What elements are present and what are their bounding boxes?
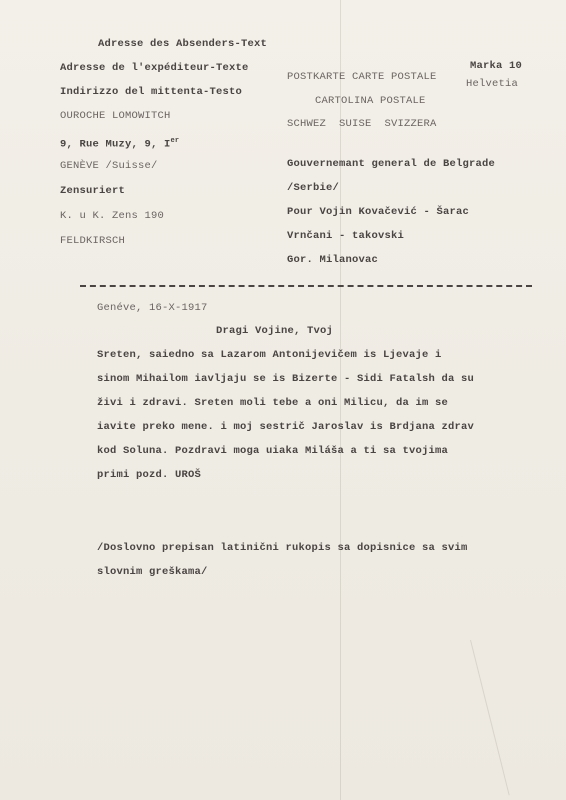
recipient-line5: Gor. Milanovac xyxy=(287,254,378,266)
sender-city: GENÈVE /Suisse/ xyxy=(60,160,158,172)
sender-name: OUROCHE LOMOWITCH xyxy=(60,110,171,122)
letter-salutation: Dragi Vojine, Tvoj xyxy=(216,325,333,337)
censor-number: K. u K. Zens 190 xyxy=(60,210,164,222)
letter-body-line: živi i zdravi. Sreten moli tebe a oni Mi… xyxy=(97,397,448,409)
sender-street: 9, Rue Muzy, 9, Ier xyxy=(60,137,179,151)
censor-label: Zensuriert xyxy=(60,185,125,197)
paper-crease xyxy=(470,640,510,795)
card-country-line: SCHWEZ SUISE SVIZZERA xyxy=(287,118,437,130)
recipient-line2: /Serbie/ xyxy=(287,182,339,194)
dashed-divider xyxy=(80,285,532,287)
document-page: Adresse des Absenders-Text Adresse de l'… xyxy=(0,0,566,800)
letter-body-line: primi pozd. UROŠ xyxy=(97,469,201,481)
card-title-line2: CARTOLINA POSTALE xyxy=(315,95,426,107)
censor-place: FELDKIRSCH xyxy=(60,235,125,247)
letter-body-line: kod Soluna. Pozdravi moga uiaka Miláša a… xyxy=(97,445,448,457)
sender-street-sup: er xyxy=(171,137,180,145)
stamp-line1: Marka 10 xyxy=(470,60,522,72)
transcription-note-line1: /Doslovno prepisan latinični rukopis sa … xyxy=(97,542,468,554)
recipient-line1: Gouvernemant general de Belgrade xyxy=(287,158,495,170)
sender-label-de: Adresse des Absenders-Text xyxy=(98,38,267,50)
letter-body-line: Sreten, saiedno sa Lazarom Antonijevičem… xyxy=(97,349,442,361)
sender-label-fr: Adresse de l'expéditeur-Texte xyxy=(60,62,249,74)
card-title-line1: POSTKARTE CARTE POSTALE xyxy=(287,71,437,83)
sender-label-it: Indirizzo del mittenta-Testo xyxy=(60,86,242,98)
stamp-line2: Helvetia xyxy=(466,78,518,90)
recipient-line3: Pour Vojin Kovačević - Šarac xyxy=(287,206,469,218)
letter-dateline: Genéve, 16-X-1917 xyxy=(97,302,208,314)
sender-street-text: 9, Rue Muzy, 9, I xyxy=(60,139,171,151)
letter-body-line: sinom Mihailom iavljaju se is Bizerte - … xyxy=(97,373,474,385)
recipient-line4: Vrnčani - takovski xyxy=(287,230,404,242)
transcription-note-line2: slovnim greškama/ xyxy=(97,566,208,578)
letter-body-line: iavite preko mene. i moj sestrič Jarosla… xyxy=(97,421,474,433)
